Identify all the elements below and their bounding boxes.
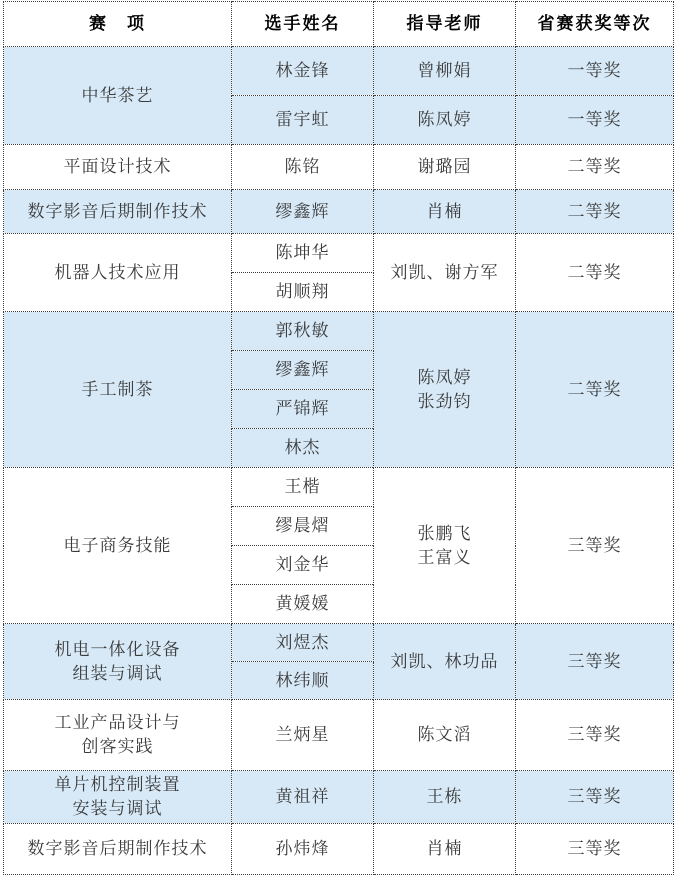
table-row: 手工制茶郭秋敏陈凤婷张劲钧二等奖 — [4, 312, 674, 351]
award-cell: 二等奖 — [516, 145, 674, 190]
contestant-name-cell: 胡顺翔 — [232, 273, 374, 312]
award-cell: 一等奖 — [516, 96, 674, 145]
teacher-cell: 刘凯、林功品 — [374, 624, 516, 700]
table-row: 电子商务技能王楷张鹏飞王富义三等奖 — [4, 468, 674, 507]
header-contestant-name: 选手姓名 — [232, 2, 374, 47]
teacher-cell: 谢璐园 — [374, 145, 516, 190]
teacher-cell: 曾柳娟 — [374, 47, 516, 96]
contestant-name-cell: 林纬顺 — [232, 662, 374, 700]
event-cell: 数字影音后期制作技术 — [4, 190, 232, 234]
award-cell: 三等奖 — [516, 468, 674, 624]
contestant-name-cell: 陈铭 — [232, 145, 374, 190]
event-cell: 机器人技术应用 — [4, 234, 232, 312]
contestant-name-cell: 缪鑫辉 — [232, 190, 374, 234]
award-cell: 一等奖 — [516, 47, 674, 96]
contestant-name-cell: 郭秋敏 — [232, 312, 374, 351]
table-row: 工业产品设计与创客实践兰炳星陈文滔三等奖 — [4, 700, 674, 771]
event-cell: 中华茶艺 — [4, 47, 232, 145]
award-cell: 三等奖 — [516, 824, 674, 875]
event-cell: 手工制茶 — [4, 312, 232, 468]
teacher-cell: 刘凯、谢方军 — [374, 234, 516, 312]
table-row: 单片机控制装置安装与调试黄祖祥王栋三等奖 — [4, 771, 674, 824]
award-cell: 二等奖 — [516, 234, 674, 312]
contestant-name-cell: 缪鑫辉 — [232, 351, 374, 390]
teacher-cell: 肖楠 — [374, 190, 516, 234]
header-award-level: 省赛获奖等次 — [516, 2, 674, 47]
contestant-name-cell: 严锦辉 — [232, 390, 374, 429]
event-cell: 电子商务技能 — [4, 468, 232, 624]
event-cell: 平面设计技术 — [4, 145, 232, 190]
table-row: 中华茶艺林金锋曾柳娟一等奖 — [4, 47, 674, 96]
contestant-name-cell: 雷宇虹 — [232, 96, 374, 145]
event-cell: 工业产品设计与创客实践 — [4, 700, 232, 771]
table-row: 机电一体化设备组装与调试刘煜杰刘凯、林功品三等奖 — [4, 624, 674, 662]
table-row: 平面设计技术陈铭谢璐园二等奖 — [4, 145, 674, 190]
award-cell: 三等奖 — [516, 624, 674, 700]
header-teacher: 指导老师 — [374, 2, 516, 47]
contestant-name-cell: 林金锋 — [232, 47, 374, 96]
teacher-cell: 王栋 — [374, 771, 516, 824]
contestant-name-cell: 兰炳星 — [232, 700, 374, 771]
table-row: 数字影音后期制作技术缪鑫辉肖楠二等奖 — [4, 190, 674, 234]
teacher-cell: 张鹏飞王富义 — [374, 468, 516, 624]
awards-table: 赛 项 选手姓名 指导老师 省赛获奖等次 中华茶艺林金锋曾柳娟一等奖雷宇虹陈凤婷… — [3, 1, 674, 875]
award-cell: 二等奖 — [516, 312, 674, 468]
header-row: 赛 项 选手姓名 指导老师 省赛获奖等次 — [4, 2, 674, 47]
teacher-cell: 陈文滔 — [374, 700, 516, 771]
awards-table-body: 中华茶艺林金锋曾柳娟一等奖雷宇虹陈凤婷一等奖平面设计技术陈铭谢璐园二等奖数字影音… — [4, 47, 674, 875]
event-cell: 单片机控制装置安装与调试 — [4, 771, 232, 824]
event-cell: 机电一体化设备组装与调试 — [4, 624, 232, 700]
contestant-name-cell: 黄媛媛 — [232, 585, 374, 624]
contestant-name-cell: 刘煜杰 — [232, 624, 374, 662]
contestant-name-cell: 孙炜烽 — [232, 824, 374, 875]
teacher-cell: 陈凤婷 — [374, 96, 516, 145]
contestant-name-cell: 黄祖祥 — [232, 771, 374, 824]
contestant-name-cell: 缪晨熠 — [232, 507, 374, 546]
event-cell: 数字影音后期制作技术 — [4, 824, 232, 875]
contestant-name-cell: 刘金华 — [232, 546, 374, 585]
award-cell: 三等奖 — [516, 771, 674, 824]
table-row: 数字影音后期制作技术孙炜烽肖楠三等奖 — [4, 824, 674, 875]
contestant-name-cell: 林杰 — [232, 429, 374, 468]
table-row: 机器人技术应用陈坤华刘凯、谢方军二等奖 — [4, 234, 674, 273]
contestant-name-cell: 王楷 — [232, 468, 374, 507]
award-cell: 三等奖 — [516, 700, 674, 771]
award-cell: 二等奖 — [516, 190, 674, 234]
contestant-name-cell: 陈坤华 — [232, 234, 374, 273]
teacher-cell: 陈凤婷张劲钧 — [374, 312, 516, 468]
teacher-cell: 肖楠 — [374, 824, 516, 875]
header-event: 赛 项 — [4, 2, 232, 47]
